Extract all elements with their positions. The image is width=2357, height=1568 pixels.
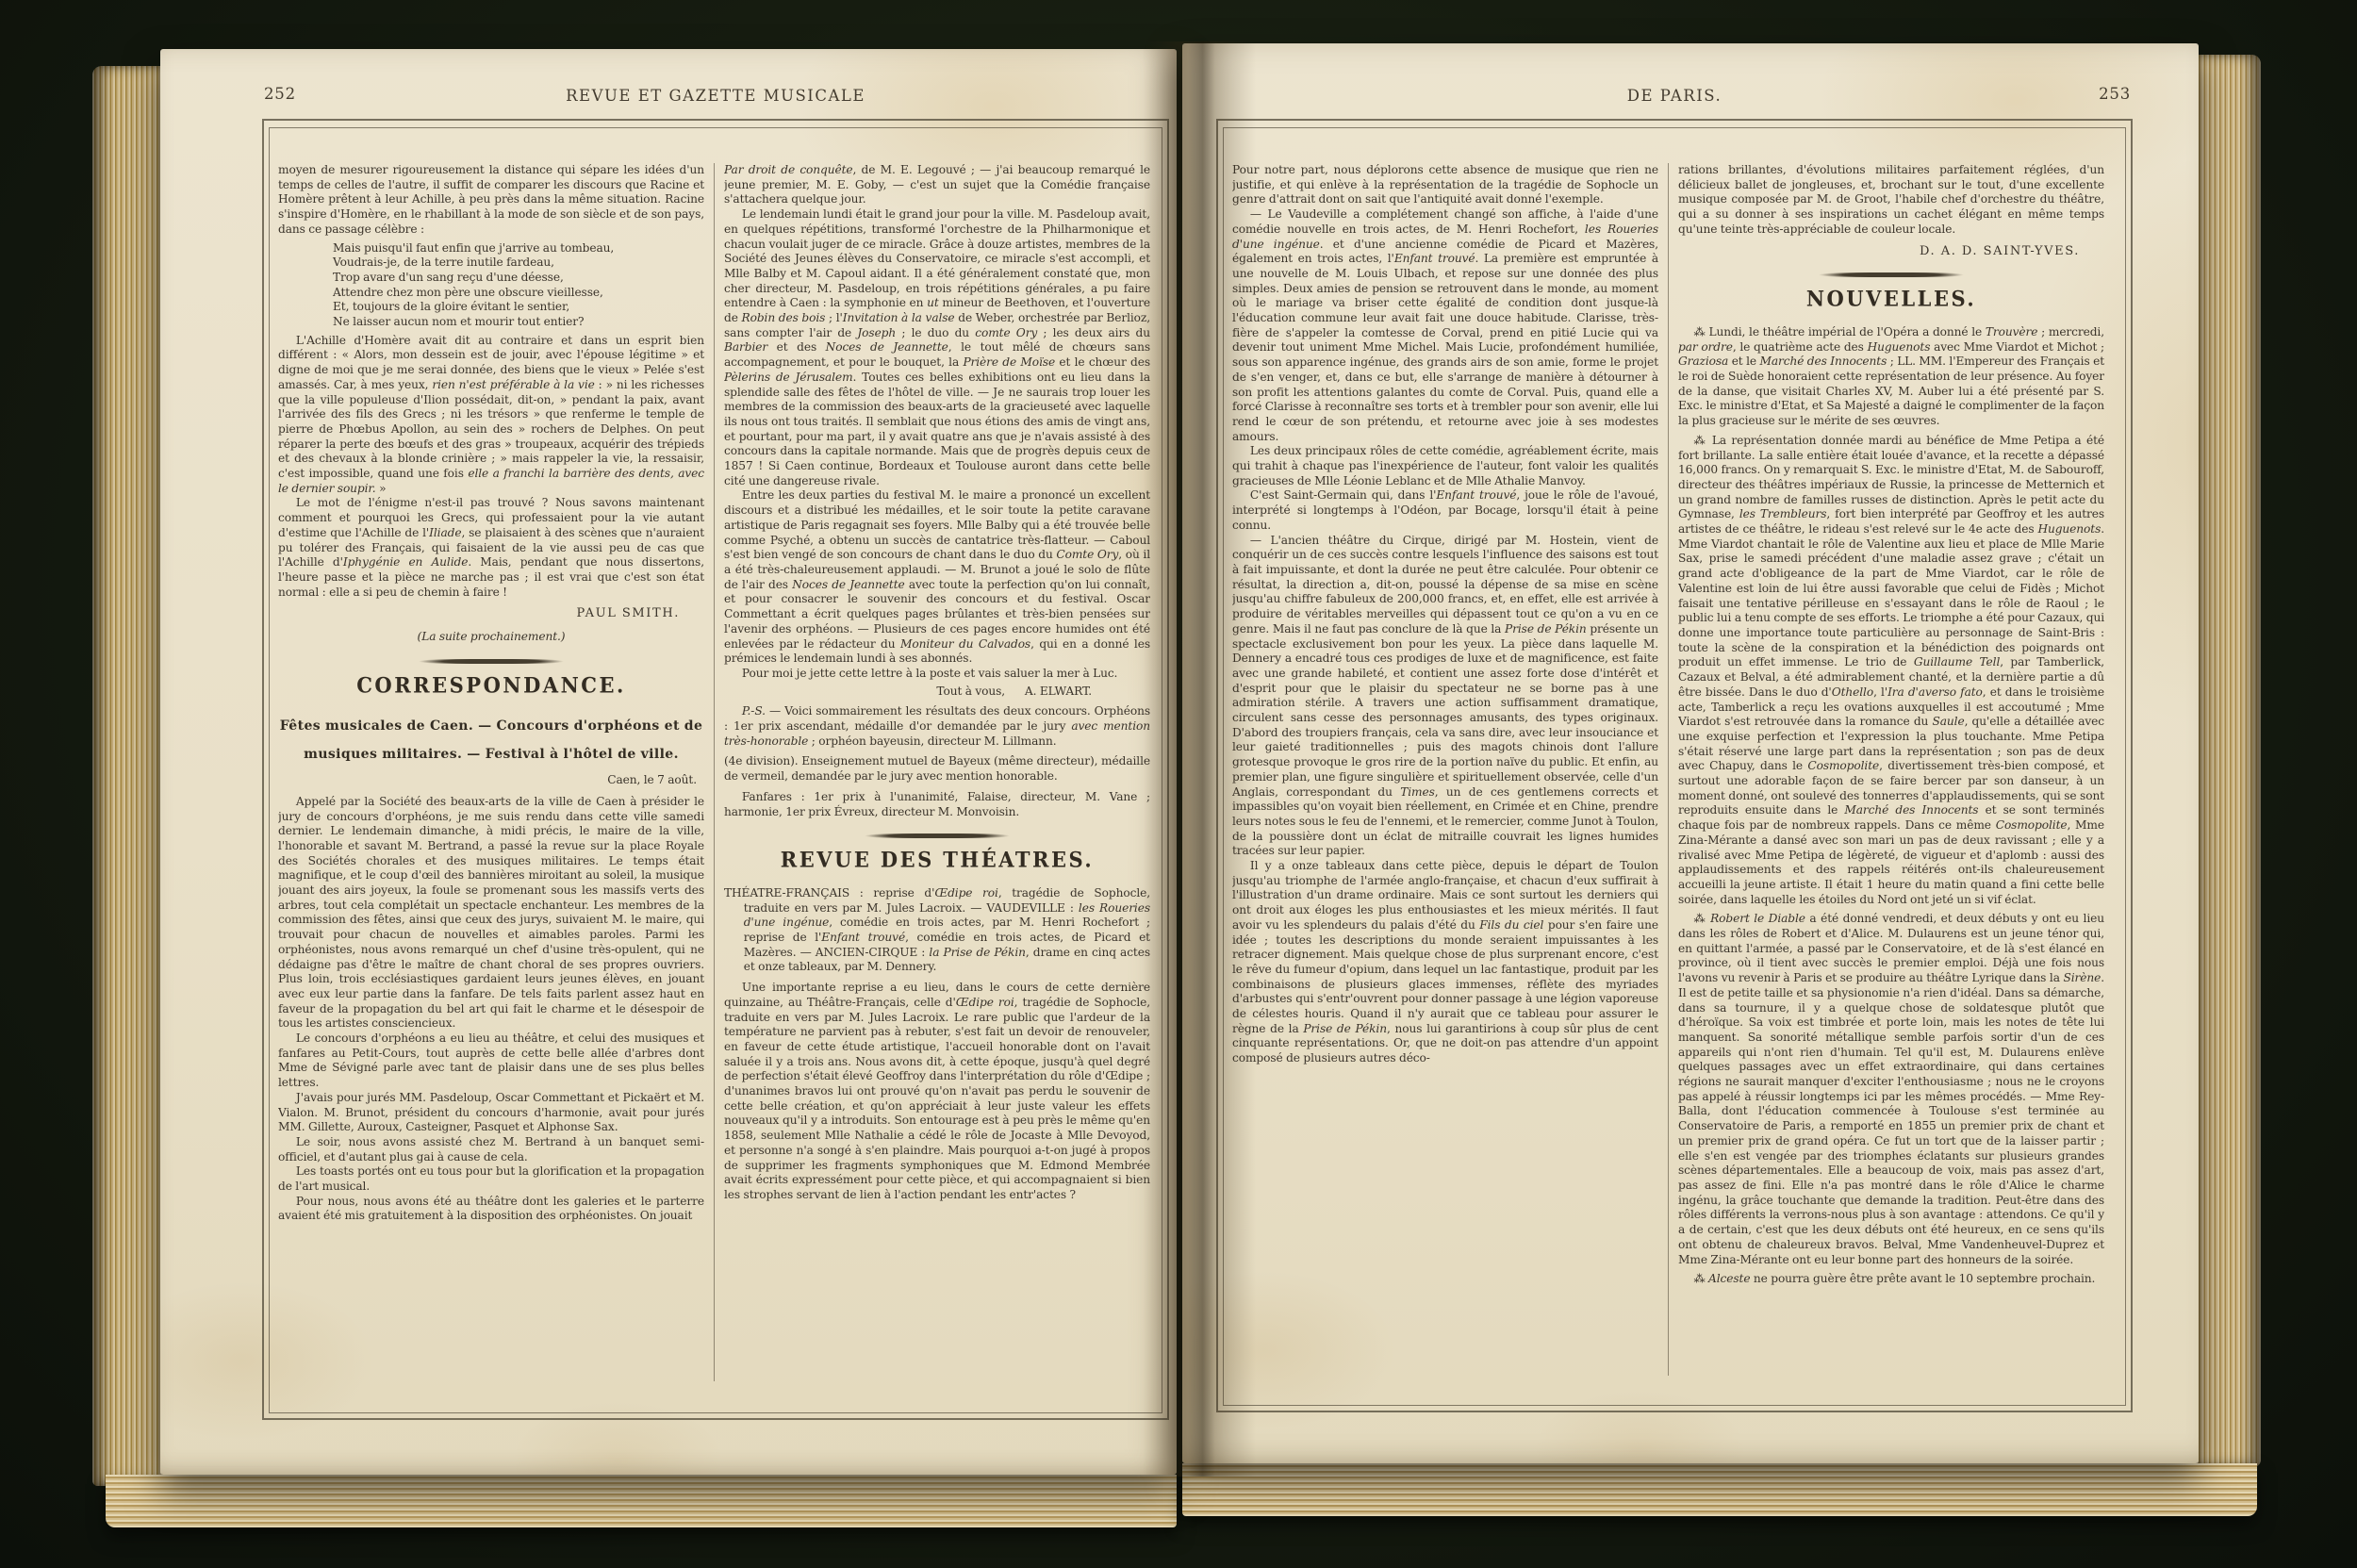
page-stack-right-edge	[2197, 55, 2261, 1467]
block-verse: Mais puisqu'il faut enfin que j'arrive a…	[333, 241, 704, 330]
block-p: Entre les deux parties du festival M. le…	[724, 488, 1150, 666]
page-stack-bottom-edge-left	[106, 1475, 1177, 1527]
block-p: Le lendemain lundi était le grand jour p…	[724, 207, 1150, 488]
right-page-column-2: rations brillantes, d'évolutions militai…	[1678, 163, 2104, 1379]
block-p: ⁂ La représentation donnée mardi au béné…	[1678, 434, 2104, 908]
block-p: moyen de mesurer rigoureusement la dista…	[278, 163, 704, 238]
book-scan: 252 REVUE ET GAZETTE MUSICALE moyen de m…	[0, 0, 2357, 1568]
left-page: 252 REVUE ET GAZETTE MUSICALE moyen de m…	[160, 49, 1177, 1475]
block-p: rations brillantes, d'évolutions militai…	[1678, 163, 2104, 238]
left-page-column-2: Par droit de conquête, de M. E. Legouvé …	[724, 163, 1150, 1385]
block-p: Les toasts portés ont eu tous pour but l…	[278, 1164, 704, 1194]
block-sig: D. A. D. SAINT-YVES.	[1678, 244, 2104, 259]
block-p: Il y a onze tableaux dans cette pièce, d…	[1232, 859, 1658, 1066]
block-p: — Le Vaudeville a complétement changé so…	[1232, 207, 1658, 444]
block-sig: PAUL SMITH.	[278, 606, 704, 621]
column-divider-rule	[1658, 163, 1678, 1379]
block-rule	[397, 659, 585, 664]
left-page-column-1: moyen de mesurer rigoureusement la dista…	[278, 163, 704, 1385]
block-p: Appelé par la Société des beaux-arts de …	[278, 795, 704, 1032]
block-p: P.-S. — Voici sommairement les résultats…	[724, 704, 1150, 749]
right-page-column-1: Pour notre part, nous déplorons cette ab…	[1232, 163, 1658, 1379]
block-h1: REVUE DES THÉATRES.	[724, 852, 1150, 868]
block-p: Les deux principaux rôles de cette coméd…	[1232, 444, 1658, 488]
block-p: Fanfares : 1er prix à l'unanimité, Falai…	[724, 790, 1150, 819]
block-p: ⁂ Lundi, le théâtre impérial de l'Opéra …	[1678, 325, 2104, 429]
running-title: DE PARIS.	[1216, 87, 2133, 105]
block-p: Pour moi je jette cette lettre à la post…	[724, 667, 1150, 682]
block-ci: (La suite prochainement.)	[278, 630, 704, 645]
block-dateline: Caen, le 7 août.	[278, 773, 704, 788]
block-rule	[843, 834, 1031, 838]
block-p: — L'ancien théâtre du Cirque, dirigé par…	[1232, 534, 1658, 859]
block-h2: Fêtes musicales de Caen. — Concours d'or…	[278, 712, 704, 770]
block-p: Le mot de l'énigme n'est-il pas trouvé ?…	[278, 496, 704, 600]
block-p: ⁂ Alceste ne pourra guère être prête ava…	[1678, 1272, 2104, 1287]
block-p: (4e division). Enseignement mutuel de Ba…	[724, 754, 1150, 784]
block-p: Par droit de conquête, de M. E. Legouvé …	[724, 163, 1150, 207]
block-p: Une importante reprise a eu lieu, dans l…	[724, 981, 1150, 1203]
block-p: ⁂ Robert le Diable a été donné vendredi,…	[1678, 912, 2104, 1267]
page-stack-left-edge	[92, 66, 162, 1486]
block-rule	[1797, 272, 1986, 277]
block-p: Le concours d'orphéons a eu lieu au théâ…	[278, 1032, 704, 1091]
right-page: 253 DE PARIS. Pour notre part, nous dépl…	[1182, 43, 2199, 1463]
block-p: C'est Saint-Germain qui, dans l'Enfant t…	[1232, 488, 1658, 533]
left-page-body: moyen de mesurer rigoureusement la dista…	[278, 163, 1150, 1385]
block-p: Pour notre part, nous déplorons cette ab…	[1232, 163, 1658, 207]
block-sig2: Tout à vous, A. ELWART.	[724, 685, 1150, 700]
block-h1: NOUVELLES.	[1678, 291, 2104, 307]
block-p: J'avais pour jurés MM. Pasdeloup, Oscar …	[278, 1091, 704, 1135]
running-title: REVUE ET GAZETTE MUSICALE	[262, 87, 1169, 105]
block-p: L'Achille d'Homère avait dit au contrair…	[278, 334, 704, 497]
block-p: THÉATRE-FRANÇAIS : reprise d'Œdipe roi, …	[724, 886, 1150, 975]
page-stack-bottom-edge-right	[1182, 1463, 2257, 1516]
block-p: Pour nous, nous avons été au théâtre don…	[278, 1195, 704, 1224]
column-divider-rule	[704, 163, 724, 1385]
right-page-body: Pour notre part, nous déplorons cette ab…	[1232, 163, 2104, 1379]
block-h1: CORRESPONDANCE.	[278, 677, 704, 693]
block-p: Le soir, nous avons assisté chez M. Bert…	[278, 1135, 704, 1164]
